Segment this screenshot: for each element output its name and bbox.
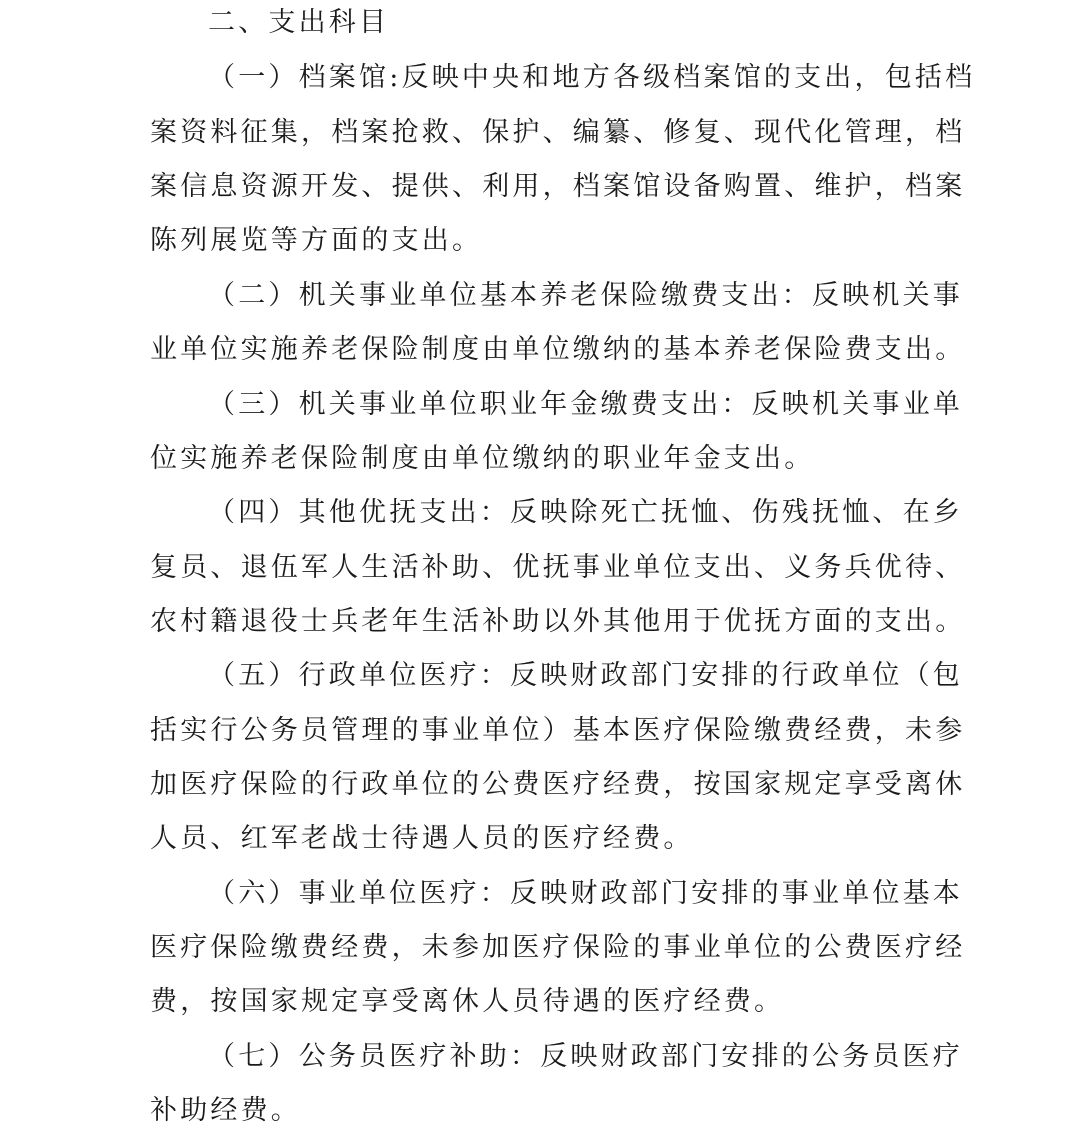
section-heading: 二、支出科目 [208,6,930,40]
paragraph-1-line-1: （一）档案馆:反映中央和地方各级档案馆的支出，包括档 [208,61,930,95]
paragraph-5-line-1: （五）行政单位医疗：反映财政部门安排的行政单位（包 [208,659,930,693]
paragraph-4-line-2: 复员、退伍军人生活补助、优抚事业单位支出、义务兵优待、 [150,551,930,585]
paragraph-4-line-1: （四）其他优抚支出：反映除死亡抚恤、伤残抚恤、在乡 [208,496,930,530]
paragraph-6-line-3: 费，按国家规定享受离休人员待遇的医疗经费。 [150,985,930,1019]
paragraph-1-line-3: 案信息资源开发、提供、利用，档案馆设备购置、维护，档案 [150,170,930,204]
paragraph-7-line-1: （七）公务员医疗补助：反映财政部门安排的公务员医疗 [208,1040,930,1074]
paragraph-3-line-2: 位实施养老保险制度由单位缴纳的职业年金支出。 [150,442,930,476]
paragraph-2-line-2: 业单位实施养老保险制度由单位缴纳的基本养老保险费支出。 [150,333,930,367]
paragraph-7-line-2: 补助经费。 [150,1094,930,1128]
paragraph-1-line-4: 陈列展览等方面的支出。 [150,224,930,258]
paragraph-2-line-1: （二）机关事业单位基本养老保险缴费支出：反映机关事 [208,279,930,313]
paragraph-5-line-4: 人员、红军老战士待遇人员的医疗经费。 [150,822,930,856]
paragraph-3-line-1: （三）机关事业单位职业年金缴费支出：反映机关事业单 [208,388,930,422]
paragraph-6-line-1: （六）事业单位医疗：反映财政部门安排的事业单位基本 [208,877,930,911]
paragraph-5-line-2: 括实行公务员管理的事业单位）基本医疗保险缴费经费，未参 [150,714,930,748]
document-page: 二、支出科目 （一）档案馆:反映中央和地方各级档案馆的支出，包括档 案资料征集，… [0,0,1074,1129]
paragraph-6-line-2: 医疗保险缴费经费，未参加医疗保险的事业单位的公费医疗经 [150,931,930,965]
paragraph-1-line-2: 案资料征集，档案抢救、保护、编纂、修复、现代化管理，档 [150,116,930,150]
paragraph-5-line-3: 加医疗保险的行政单位的公费医疗经费，按国家规定享受离休 [150,768,930,802]
paragraph-4-line-3: 农村籍退役士兵老年生活补助以外其他用于优抚方面的支出。 [150,605,930,639]
